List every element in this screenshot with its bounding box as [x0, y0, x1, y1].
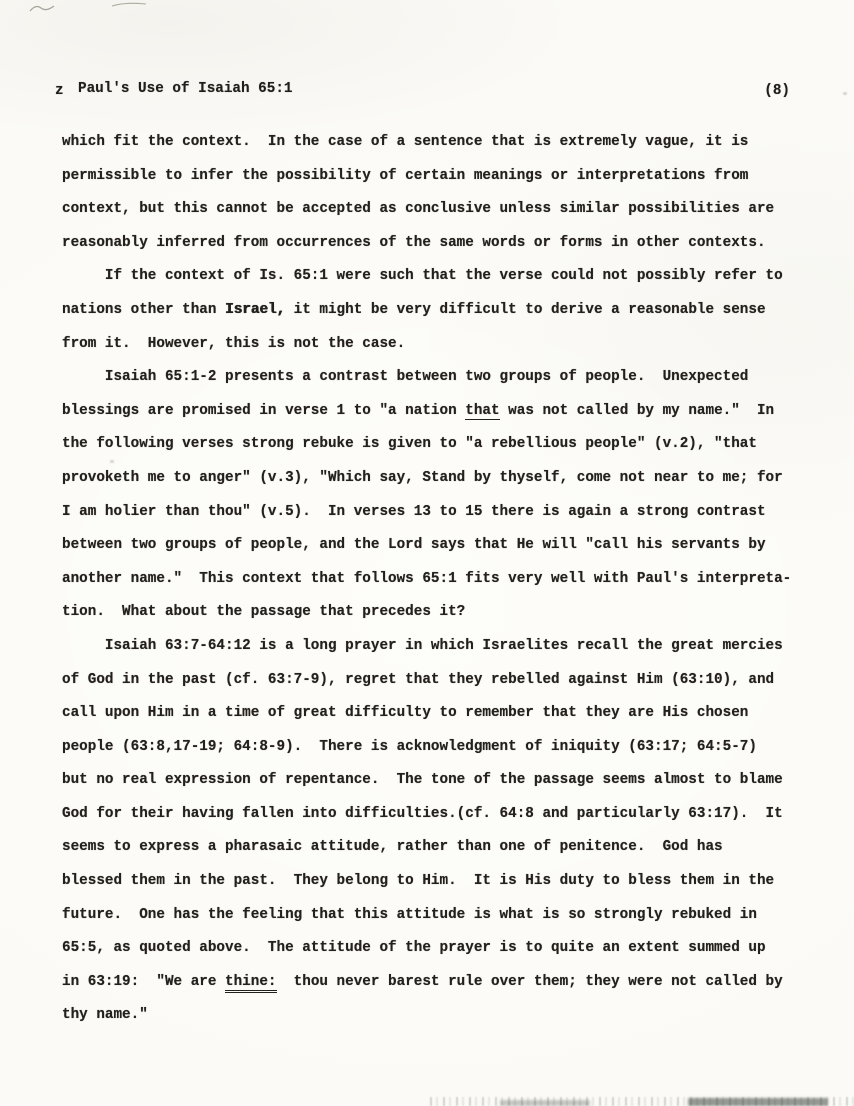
margin-mark: z — [55, 83, 64, 99]
page-number: (8) — [764, 83, 790, 99]
scan-noise-dark-patch — [500, 1100, 590, 1106]
paragraph: If the context of Is. 65:1 were such tha… — [62, 260, 807, 361]
typed-line: of God in the past (cf. 63:7-9), regret … — [62, 664, 807, 698]
paragraph: which fit the context. In the case of a … — [62, 126, 807, 260]
typed-line: blessed them in the past. They belong to… — [62, 865, 807, 899]
page-header: z Paul's Use of Isaiah 65:1 (8) — [55, 81, 799, 101]
typed-line: call upon Him in a time of great difficu… — [62, 697, 807, 731]
typed-line: which fit the context. In the case of a … — [62, 126, 807, 160]
pencil-dash-mark — [110, 1, 148, 9]
typed-line: another name." This context that follows… — [62, 563, 807, 597]
typed-body: which fit the context. In the case of a … — [62, 126, 807, 1033]
typed-line: God for their having fallen into difficu… — [62, 798, 807, 832]
typed-line: blessings are promised in verse 1 to "a … — [62, 395, 807, 429]
paragraph: Isaiah 65:1-2 presents a contrast betwee… — [62, 361, 807, 630]
typed-line: thy name." — [62, 999, 807, 1033]
typed-line: but no real expression of repentance. Th… — [62, 764, 807, 798]
typed-line: seems to express a pharasaic attitude, r… — [62, 831, 807, 865]
typed-line: reasonably inferred from occurrences of … — [62, 227, 807, 261]
typed-line: context, but this cannot be accepted as … — [62, 193, 807, 227]
underlined-text: that — [465, 403, 499, 420]
page-title: Paul's Use of Isaiah 65:1 — [78, 81, 293, 97]
typed-line: provoketh me to anger" (v.3), "Which say… — [62, 462, 807, 496]
scanned-page: z Paul's Use of Isaiah 65:1 (8) which fi… — [0, 0, 854, 1106]
over-inked-text: Israel, — [225, 302, 285, 318]
typed-line: from it. However, this is not the case. — [62, 328, 807, 362]
underlined-text: thine: — [225, 974, 276, 993]
paragraph: Isaiah 63:7-64:12 is a long prayer in wh… — [62, 630, 807, 1033]
typed-line: people (63:8,17-19; 64:8-9). There is ac… — [62, 731, 807, 765]
typed-line: future. One has the feeling that this at… — [62, 899, 807, 933]
scan-noise-dark-patch — [688, 1098, 828, 1106]
paper-speck — [843, 92, 847, 95]
typed-line: in 63:19: "We are thine: thou never bare… — [62, 966, 807, 1000]
typed-line: 65:5, as quoted above. The attitude of t… — [62, 932, 807, 966]
typed-line: Isaiah 65:1-2 presents a contrast betwee… — [62, 361, 807, 395]
typed-line: I am holier than thou" (v.5). In verses … — [62, 496, 807, 530]
pencil-squiggle-mark — [28, 2, 58, 14]
typed-line: If the context of Is. 65:1 were such tha… — [62, 260, 807, 294]
typed-line: tion. What about the passage that preced… — [62, 596, 807, 630]
typed-line: Isaiah 63:7-64:12 is a long prayer in wh… — [62, 630, 807, 664]
typed-line: between two groups of people, and the Lo… — [62, 529, 807, 563]
typed-line: the following verses strong rebuke is gi… — [62, 428, 807, 462]
typed-line: nations other than Israel, it might be v… — [62, 294, 807, 328]
typed-line: permissible to infer the possibility of … — [62, 160, 807, 194]
